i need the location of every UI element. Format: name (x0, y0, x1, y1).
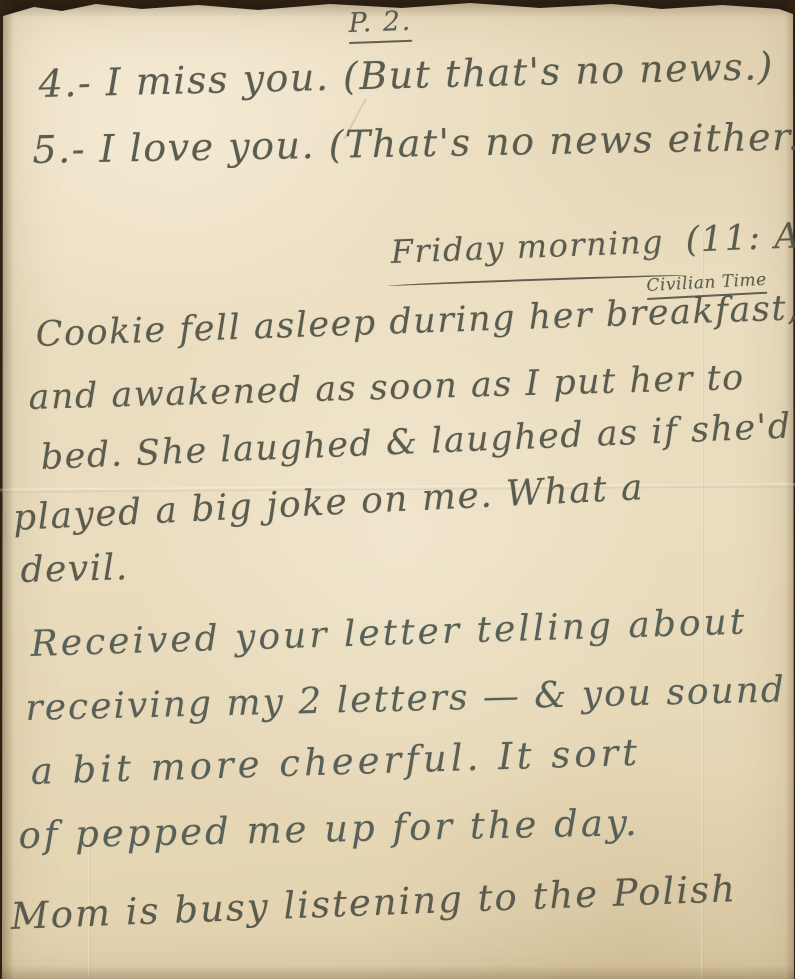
page-number-text: P. 2. (348, 6, 412, 44)
dateline-time: (11: A.M.) (685, 213, 795, 260)
letter-scan: P. 2. 4.- I miss you. (But that's no new… (0, 0, 795, 979)
page-number: P. 2. (348, 6, 412, 39)
para-cookie-line-5: devil. (20, 547, 129, 591)
